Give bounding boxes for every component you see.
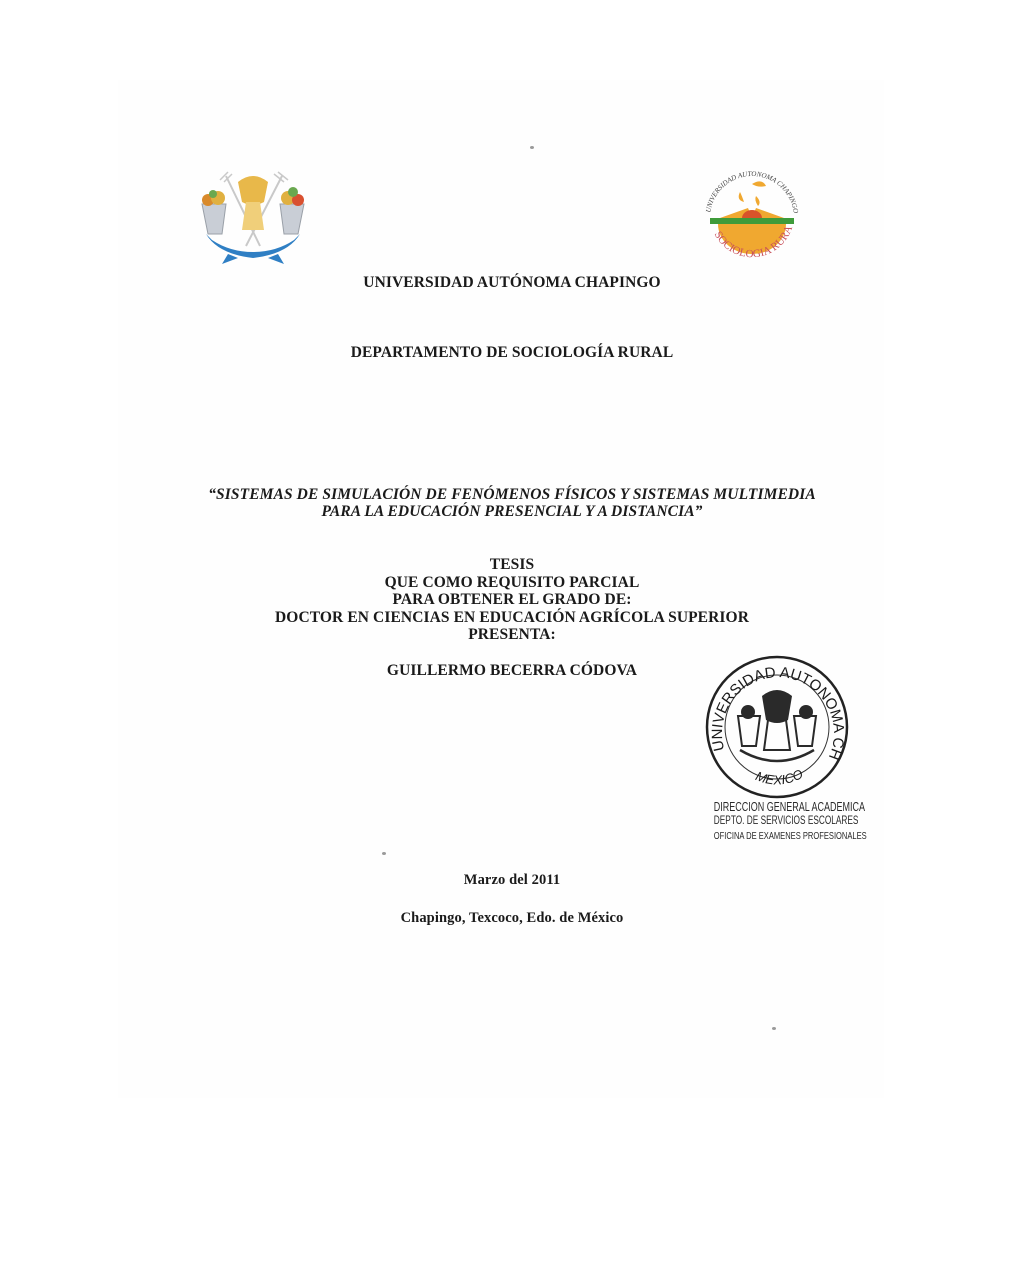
svg-text:MEXICO: MEXICO (754, 766, 806, 787)
sociologia-rural-emblem-icon: UNIVERSIDAD AUTONOMA CHAPINGO SOCIOLOGIA… (696, 166, 808, 272)
stamp-line-1: DIRECCION GENERAL ACADEMICA (714, 800, 836, 814)
chapingo-coat-of-arms-icon (198, 168, 308, 268)
thesis-title-line-1: “SISTEMAS DE SIMULACIÓN DE FENÓMENOS FÍS… (0, 486, 1024, 503)
degree-name: DOCTOR EN CIENCIAS EN EDUCACIÓN AGRÍCOLA… (0, 609, 1024, 627)
svg-text:UNIVERSIDAD AUTONOMA CHAPINGO: UNIVERSIDAD AUTONOMA CHAPINGO (704, 170, 799, 214)
thesis-title-line-2: PARA LA EDUCACIÓN PRESENCIAL Y A DISTANC… (0, 503, 1024, 520)
requirement-line: QUE COMO REQUISITO PARCIAL (0, 574, 1024, 592)
stamp-line-3: OFICINA DE EXAMENES PROFESIONALES (714, 830, 836, 842)
place: Chapingo, Texcoco, Edo. de México (0, 910, 1024, 927)
thesis-label: TESIS (0, 556, 1024, 574)
university-seal-stamp-icon: UNIVERSIDAD AUTONOMA CHAPINGO MEXICO (704, 654, 850, 800)
scan-speck (530, 146, 534, 149)
degree-statement: TESIS QUE COMO REQUISITO PARCIAL PARA OB… (0, 556, 1024, 644)
date: Marzo del 2011 (0, 872, 1024, 889)
author-name: GUILLERMO BECERRA CÓDOVA (0, 662, 1024, 680)
department-name: DEPARTAMENTO DE SOCIOLOGÍA RURAL (0, 344, 1024, 362)
thesis-title: “SISTEMAS DE SIMULACIÓN DE FENÓMENOS FÍS… (0, 486, 1024, 520)
scan-speck (772, 1027, 776, 1030)
scan-speck (382, 852, 386, 855)
stamp-line-2: DEPTO. DE SERVICIOS ESCOLARES (714, 815, 836, 827)
presenter-label: PRESENTA: (0, 626, 1024, 644)
university-name: UNIVERSIDAD AUTÓNOMA CHAPINGO (0, 274, 1024, 292)
degree-intro-line: PARA OBTENER EL GRADO DE: (0, 591, 1024, 609)
